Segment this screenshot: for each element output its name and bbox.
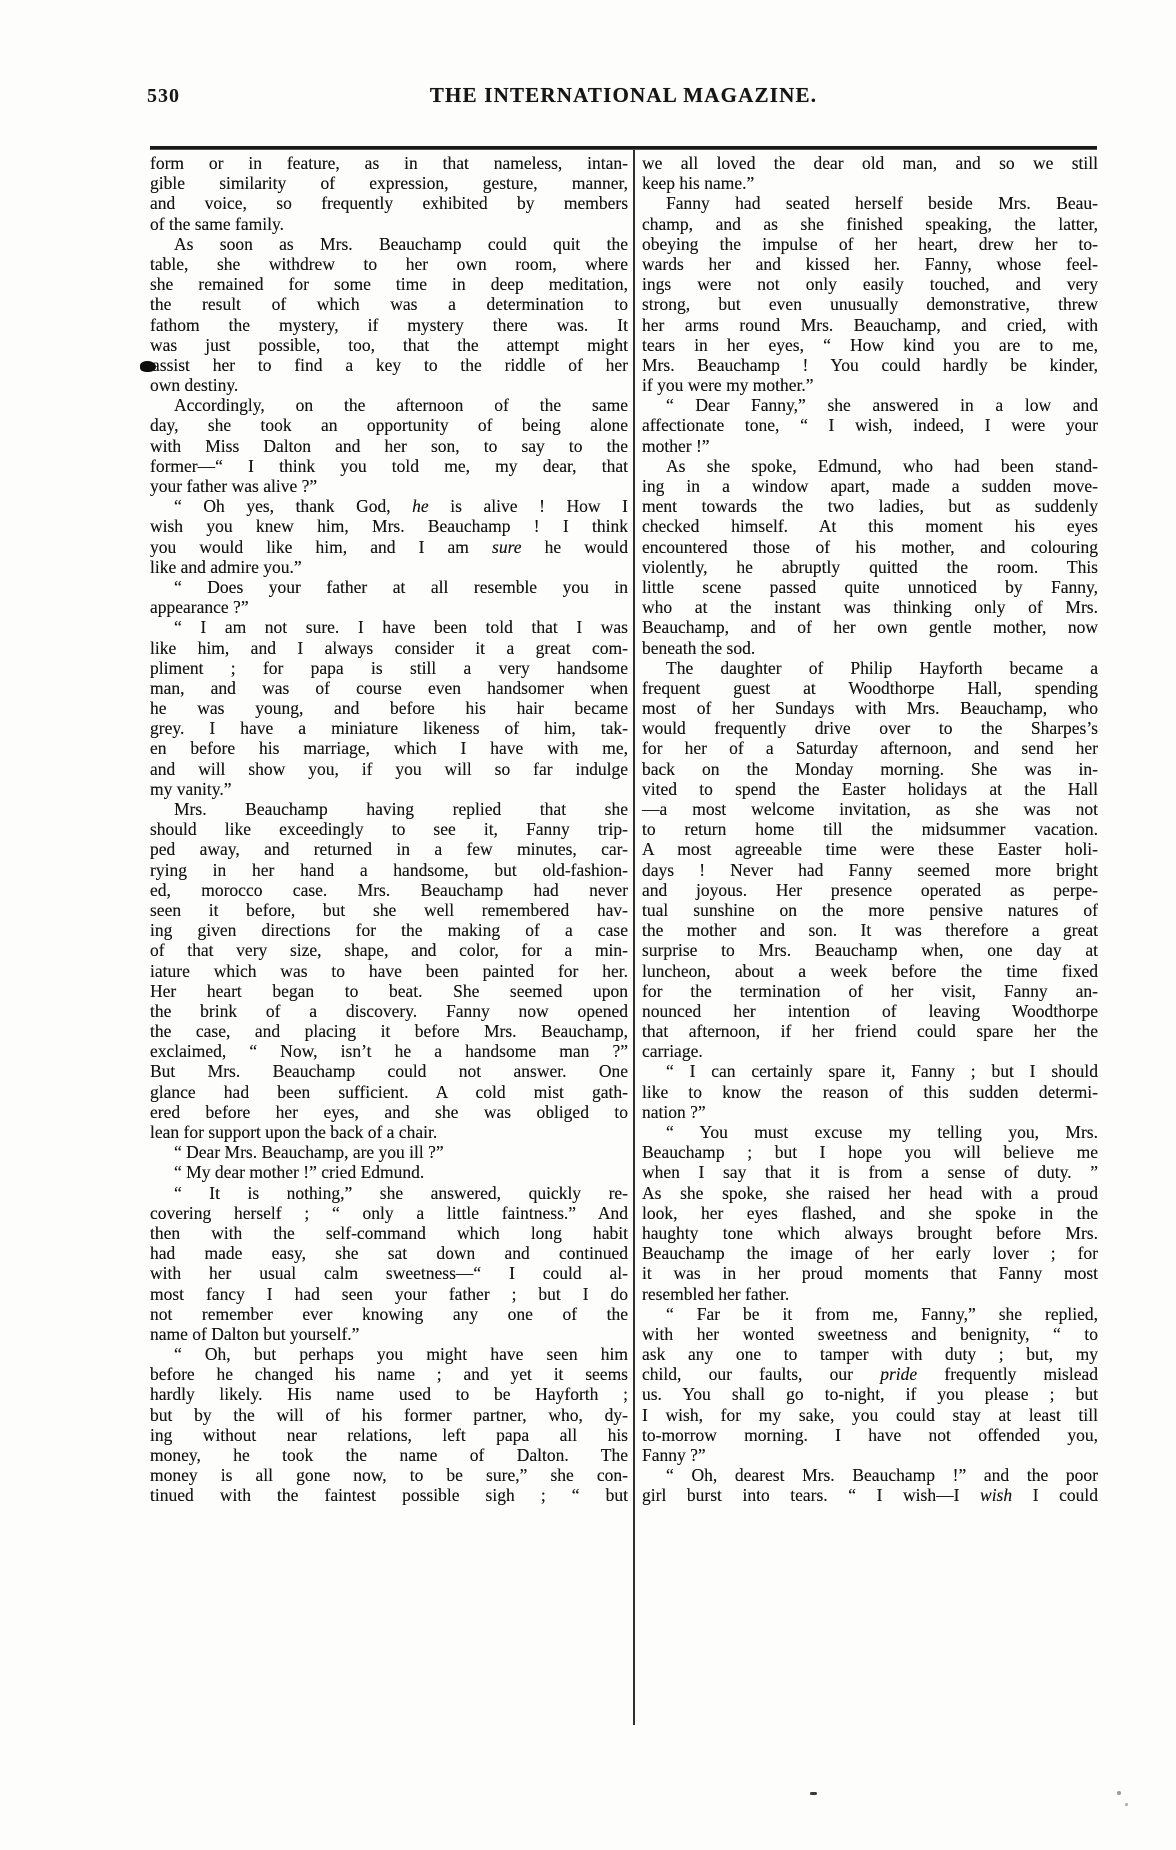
text-line: “ Oh, but perhaps you might have seen hi…	[150, 1344, 628, 1364]
text-line: checked himself. At this moment his eyes	[642, 516, 1098, 536]
text-line: girl burst into tears. “ I wish—I wish I…	[642, 1485, 1098, 1505]
text-line: gible similarity of expression, gesture,…	[150, 173, 628, 193]
text-line: luncheon, about a week before the time f…	[642, 961, 1098, 981]
text-line: violently, he abruptly quitted the room.…	[642, 557, 1098, 577]
ink-blot-artifact	[140, 361, 156, 372]
text-line: A most agreeable time were these Easter …	[642, 839, 1098, 859]
text-line: tual sunshine on the more pensive nature…	[642, 900, 1098, 920]
text-line: “ Does your father at all resemble you i…	[150, 577, 628, 597]
ink-speck	[1125, 1803, 1128, 1806]
text-line: Fanny had seated herself beside Mrs. Bea…	[642, 193, 1098, 213]
text-line: encountered those of his mother, and col…	[642, 537, 1098, 557]
text-line: us. You shall go to-night, if you please…	[642, 1384, 1098, 1404]
text-line: vited to spend the Easter holidays at th…	[642, 779, 1098, 799]
text-line: former—“ I think you told me, my dear, t…	[150, 456, 628, 476]
text-line: “ I can certainly spare it, Fanny ; but …	[642, 1061, 1098, 1081]
text-line: ment towards the two ladies, but as sudd…	[642, 496, 1098, 516]
text-line: grey. I have a miniature likeness of him…	[150, 718, 628, 738]
text-line: and voice, so frequently exhibited by me…	[150, 193, 628, 213]
text-line: Accordingly, on the afternoon of the sam…	[150, 395, 628, 415]
text-line: like him, and I always consider it a gre…	[150, 638, 628, 658]
text-line: rying in her hand a handsome, but old-fa…	[150, 860, 628, 880]
text-line: —a most welcome invitation, as she was n…	[642, 799, 1098, 819]
text-line: “ I am not sure. I have been told that I…	[150, 617, 628, 637]
text-line: and joyous. Her presence operated as per…	[642, 880, 1098, 900]
text-line: it was in her proud moments that Fanny m…	[642, 1263, 1098, 1283]
text-line: for the termination of her visit, Fanny …	[642, 981, 1098, 1001]
text-line: Her heart began to beat. She seemed upon	[150, 981, 628, 1001]
text-line: ask any one to tamper with duty ; but, m…	[642, 1344, 1098, 1364]
text-line: The daughter of Philip Hayforth became a	[642, 658, 1098, 678]
ink-speck	[810, 1792, 817, 1795]
text-line: As she spoke, Edmund, who had been stand…	[642, 456, 1098, 476]
text-line: covering herself ; “ only a little faint…	[150, 1203, 628, 1223]
text-line: look, her eyes flashed, and she spoke in…	[642, 1203, 1098, 1223]
text-line: exclaimed, “ Now, isn’t he a handsome ma…	[150, 1041, 628, 1061]
text-line: tears in her eyes, “ How kind you are to…	[642, 335, 1098, 355]
text-line: As soon as Mrs. Beauchamp could quit the	[150, 234, 628, 254]
text-line: table, she withdrew to her own room, whe…	[150, 254, 628, 274]
text-line: Fanny ?”	[642, 1445, 1098, 1465]
text-line: lean for support upon the back of a chai…	[150, 1122, 628, 1142]
text-line: en before his marriage, which I have wit…	[150, 738, 628, 758]
text-line: with Miss Dalton and her son, to say to …	[150, 436, 628, 456]
text-line: he was young, and before his hair became	[150, 698, 628, 718]
text-line: As she spoke, she raised her head with a…	[642, 1183, 1098, 1203]
text-line: ped away, and returned in a few minutes,…	[150, 839, 628, 859]
text-line: would frequently drive over to the Sharp…	[642, 718, 1098, 738]
text-line: Beauchamp the image of her early lover ;…	[642, 1243, 1098, 1263]
text-line: form or in feature, as in that nameless,…	[150, 153, 628, 173]
text-line: strong, but even unusually demonstrative…	[642, 294, 1098, 314]
text-line: that afternoon, if her friend could spar…	[642, 1021, 1098, 1041]
text-line: hardly likely. His name used to be Hayfo…	[150, 1384, 628, 1404]
text-line: days ! Never had Fanny seemed more brigh…	[642, 860, 1098, 880]
text-line: before he changed his name ; and yet it …	[150, 1364, 628, 1384]
text-line: like to know the reason of this sudden d…	[642, 1082, 1098, 1102]
text-line: fathom the mystery, if mystery there was…	[150, 315, 628, 335]
text-line: to-morrow morning. I have not offended y…	[642, 1425, 1098, 1445]
text-line: “ Dear Fanny,” she answered in a low and	[642, 395, 1098, 415]
text-line: and will show you, if you will so far in…	[150, 759, 628, 779]
text-line: “ My dear mother !” cried Edmund.	[150, 1162, 628, 1182]
text-line: we all loved the dear old man, and so we…	[642, 153, 1098, 173]
text-line: tinued with the faintest possible sigh ;…	[150, 1485, 628, 1505]
text-line: for her of a Saturday afternoon, and sen…	[642, 738, 1098, 758]
text-line: most of her Sundays with Mrs. Beauchamp,…	[642, 698, 1098, 718]
text-line: “ You must excuse my telling you, Mrs.	[642, 1122, 1098, 1142]
text-line: carriage.	[642, 1041, 1098, 1061]
text-line: mother !”	[642, 436, 1098, 456]
text-line: seen it before, but she well remembered …	[150, 900, 628, 920]
text-line: affectionate tone, “ I wish, indeed, I w…	[642, 415, 1098, 435]
text-line: ered before her eyes, and she was oblige…	[150, 1102, 628, 1122]
text-line: champ, and as she finished speaking, the…	[642, 214, 1098, 234]
magazine-title: THE INTERNATIONAL MAGAZINE.	[150, 83, 1097, 108]
text-line: then with the self-command which long ha…	[150, 1223, 628, 1243]
text-line: should like exceedingly to see it, Fanny…	[150, 819, 628, 839]
text-line: haughty tone which always brought before…	[642, 1223, 1098, 1243]
text-line: who at the instant was thinking only of …	[642, 597, 1098, 617]
text-line: money, he took the name of Dalton. The	[150, 1445, 628, 1465]
text-line: child, our faults, our pride frequently …	[642, 1364, 1098, 1384]
text-line: nounced her intention of leaving Woodtho…	[642, 1001, 1098, 1021]
text-line: own destiny.	[150, 375, 628, 395]
text-line: name of Dalton but yourself.”	[150, 1324, 628, 1344]
text-line: my vanity.”	[150, 779, 628, 799]
text-line: the case, and placing it before Mrs. Bea…	[150, 1021, 628, 1041]
text-line: had made easy, she sat down and continue…	[150, 1243, 628, 1263]
text-line: surprise to Mrs. Beauchamp when, one day…	[642, 940, 1098, 960]
text-line: assist her to find a key to the riddle o…	[150, 355, 628, 375]
header-rule	[150, 146, 1097, 150]
text-line: pliment ; for papa is still a very hands…	[150, 658, 628, 678]
text-line: man, and was of course even handsomer wh…	[150, 678, 628, 698]
text-line: “ Oh, dearest Mrs. Beauchamp !” and the …	[642, 1465, 1098, 1485]
text-line: Beauchamp, and of her own gentle mother,…	[642, 617, 1098, 637]
left-column: form or in feature, as in that nameless,…	[150, 153, 628, 1506]
right-column: we all loved the dear old man, and so we…	[642, 153, 1098, 1506]
text-line: little scene passed quite unnoticed by F…	[642, 577, 1098, 597]
text-line: the mother and son. It was therefore a g…	[642, 920, 1098, 940]
text-line: “ Far be it from me, Fanny,” she replied…	[642, 1304, 1098, 1324]
text-line: glance had been sufficient. A cold mist …	[150, 1082, 628, 1102]
text-line: of that very size, shape, and color, for…	[150, 940, 628, 960]
text-line: ing without near relations, left papa al…	[150, 1425, 628, 1445]
text-line: wish you knew him, Mrs. Beauchamp ! I th…	[150, 516, 628, 536]
text-line: with her wonted sweetness and benignity,…	[642, 1324, 1098, 1344]
text-line: “ Oh yes, thank God, he is alive ! How I	[150, 496, 628, 516]
text-line: ing in a window apart, made a sudden mov…	[642, 476, 1098, 496]
text-line: But Mrs. Beauchamp could not answer. One	[150, 1061, 628, 1081]
text-line: the result of which was a determination …	[150, 294, 628, 314]
text-line: wards her and kissed her. Fanny, whose f…	[642, 254, 1098, 274]
text-line: was just possible, too, that the attempt…	[150, 335, 628, 355]
text-line: Beauchamp ; but I hope you will believe …	[642, 1142, 1098, 1162]
text-line: you would like him, and I am sure he wou…	[150, 537, 628, 557]
text-line: appearance ?”	[150, 597, 628, 617]
ink-speck	[1117, 1791, 1121, 1795]
text-line: not remember ever knowing any one of the	[150, 1304, 628, 1324]
text-line: when I say that it is from a sense of du…	[642, 1162, 1098, 1182]
text-line: “ It is nothing,” she answered, quickly …	[150, 1183, 628, 1203]
text-line: obeying the impulse of her heart, drew h…	[642, 234, 1098, 254]
text-line: ings were not only easily touched, and v…	[642, 274, 1098, 294]
text-line: day, she took an opportunity of being al…	[150, 415, 628, 435]
text-line: to return home till the midsummer vacati…	[642, 819, 1098, 839]
text-line: with her usual calm sweetness—“ I could …	[150, 1263, 628, 1283]
text-line: frequent guest at Woodthorpe Hall, spend…	[642, 678, 1098, 698]
text-line: I wish, for my sake, you could stay at l…	[642, 1405, 1098, 1425]
text-line: Mrs. Beauchamp having replied that she	[150, 799, 628, 819]
text-line: Mrs. Beauchamp ! You could hardly be kin…	[642, 355, 1098, 375]
text-line: nation ?”	[642, 1102, 1098, 1122]
text-line: the brink of a discovery. Fanny now open…	[150, 1001, 628, 1021]
text-line: “ Dear Mrs. Beauchamp, are you ill ?”	[150, 1142, 628, 1162]
text-line: resembled her father.	[642, 1284, 1098, 1304]
text-line: like and admire you.”	[150, 557, 628, 577]
text-line: ed, morocco case. Mrs. Beauchamp had nev…	[150, 880, 628, 900]
text-line: your father was alive ?”	[150, 476, 628, 496]
text-line: money is all gone now, to be sure,” she …	[150, 1465, 628, 1485]
text-line: keep his name.”	[642, 173, 1098, 193]
text-line: but by the will of his former partner, w…	[150, 1405, 628, 1425]
text-line: of the same family.	[150, 214, 628, 234]
text-line: she remained for some time in deep medit…	[150, 274, 628, 294]
text-line: iature which was to have been painted fo…	[150, 961, 628, 981]
text-line: if you were my mother.”	[642, 375, 1098, 395]
text-line: ing given directions for the making of a…	[150, 920, 628, 940]
column-divider-rule	[633, 150, 635, 1725]
text-line: her arms round Mrs. Beauchamp, and cried…	[642, 315, 1098, 335]
text-line: beneath the sod.	[642, 638, 1098, 658]
text-line: most fancy I had seen your father ; but …	[150, 1284, 628, 1304]
text-line: back on the Monday morning. She was in-	[642, 759, 1098, 779]
magazine-page: 530 THE INTERNATIONAL MAGAZINE. form or …	[0, 0, 1176, 1850]
